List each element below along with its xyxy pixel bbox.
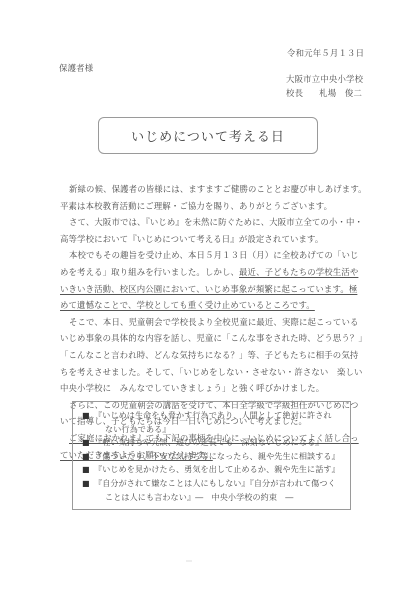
body-line: いきいき活動、校区内公園において、いじめ事象が頻繁に起こっています。極 [60, 281, 380, 298]
rule-text: 『傷ついたり、不安な気持ち等になったら、親や先生に相談する』 [94, 451, 340, 461]
square-bullet-icon: ■ [82, 463, 90, 477]
rule-text-continued: ない行為である』 [94, 423, 350, 437]
square-bullet-icon: ■ [82, 477, 90, 491]
school-name: 大阪市立中央小学校 [286, 73, 363, 85]
scan-artifact [186, 560, 192, 562]
rule-text: 『いじめは生命をも脅かす行為であり、人間として絶対に許され [94, 410, 332, 420]
rule-text: 『いじめを見かけたら、勇気を出して止めるか、親や先生に話す』 [94, 464, 340, 474]
body-line: 高等学校において『いじめについて考える日』が設定されています。 [60, 231, 380, 248]
rule-item: ■ 『いじめを見かけたら、勇気を出して止めるか、親や先生に話す』 [73, 463, 350, 477]
body-line: 本校でもその趣旨を受け止め、本日５月１３日（月）に全校あげての「いじ [60, 247, 380, 264]
square-bullet-icon: ■ [82, 450, 90, 464]
title-box: いじめについて考える日 [98, 117, 318, 154]
rule-item: ■ 『傷ついたり、不安な気持ち等になったら、親や先生に相談する』 [73, 450, 350, 464]
body-line: 平素は本校教育活動にご理解・ご協力を賜り、ありがとうございます。 [60, 198, 380, 215]
body-line: さて、大阪市では、『いじめ』を未然に防ぐために、大阪市立全ての小・中・ [60, 214, 380, 231]
body-line-plain: めを考える」取り組みを行いました。しかし、 [60, 267, 239, 277]
rule-item: ■ 『いじめは生命をも脅かす行為であり、人間として絶対に許され ない行為である』 [73, 409, 350, 436]
body-line: そこで、本日、児童朝会で学校長より全校児童に最近、実際に起こっている [60, 314, 380, 331]
body-line-underlined: 最近、子どもたちの学校生活や [239, 267, 358, 277]
rules-box: ■ 『いじめは生命をも脅かす行為であり、人間として絶対に許され ない行為である』… [72, 401, 351, 510]
body-line: めを考える」取り組みを行いました。しかし、最近、子どもたちの学校生活や [60, 264, 380, 281]
body-line: いじめ事象の具体的な内容を話し、児童に「こんな事をされた時、どう思う？」 [60, 330, 380, 347]
square-bullet-icon: ■ [82, 436, 90, 450]
rule-text-continued: ことは人にも言わない』― 中央小学校の約束 ― [94, 491, 350, 505]
body-line: 新緑の候、保護者の皆様には、ますますご健勝のこととお慶び申しあげます。 [60, 181, 380, 198]
principal: 校長札場 俊二 [286, 87, 362, 99]
principal-name: 札場 俊二 [319, 88, 362, 98]
rule-item: ■ 『自分がされて嫌なことは人にもしない』『自分が言われて傷つく ことは人にも言… [73, 477, 350, 504]
page-title: いじめについて考える日 [131, 126, 285, 145]
rule-text: 『軽い気持ちや冗談、遊びの延長でも 深刻ないじめになる』 [94, 437, 323, 447]
square-bullet-icon: ■ [82, 409, 90, 423]
body-line: 「こんなこと言われ時、どんな気持ちになる？」等、子どもたちに相手の気持 [60, 347, 380, 364]
letter-date: 令和元年５月１３日 [287, 47, 364, 59]
rule-text: 『自分がされて嫌なことは人にもしない』『自分が言われて傷つく [94, 478, 336, 488]
body-line: 中央小学校に みんなでしていきましょう」と強く呼びかけました。 [60, 380, 380, 397]
principal-title: 校長 [286, 88, 303, 98]
body-line-underlined: めて遺憾なことで、学校としても重く受け止めているところです。 [60, 300, 315, 310]
rule-item: ■ 『軽い気持ちや冗談、遊びの延長でも 深刻ないじめになる』 [73, 436, 350, 450]
recipient: 保護者様 [59, 62, 93, 74]
body-line: めて遺憾なことで、学校としても重く受け止めているところです。 [60, 297, 380, 314]
body-line: ちを考えさせました。そして、「いじめをしない・させない・許さない 楽しい [60, 364, 380, 381]
